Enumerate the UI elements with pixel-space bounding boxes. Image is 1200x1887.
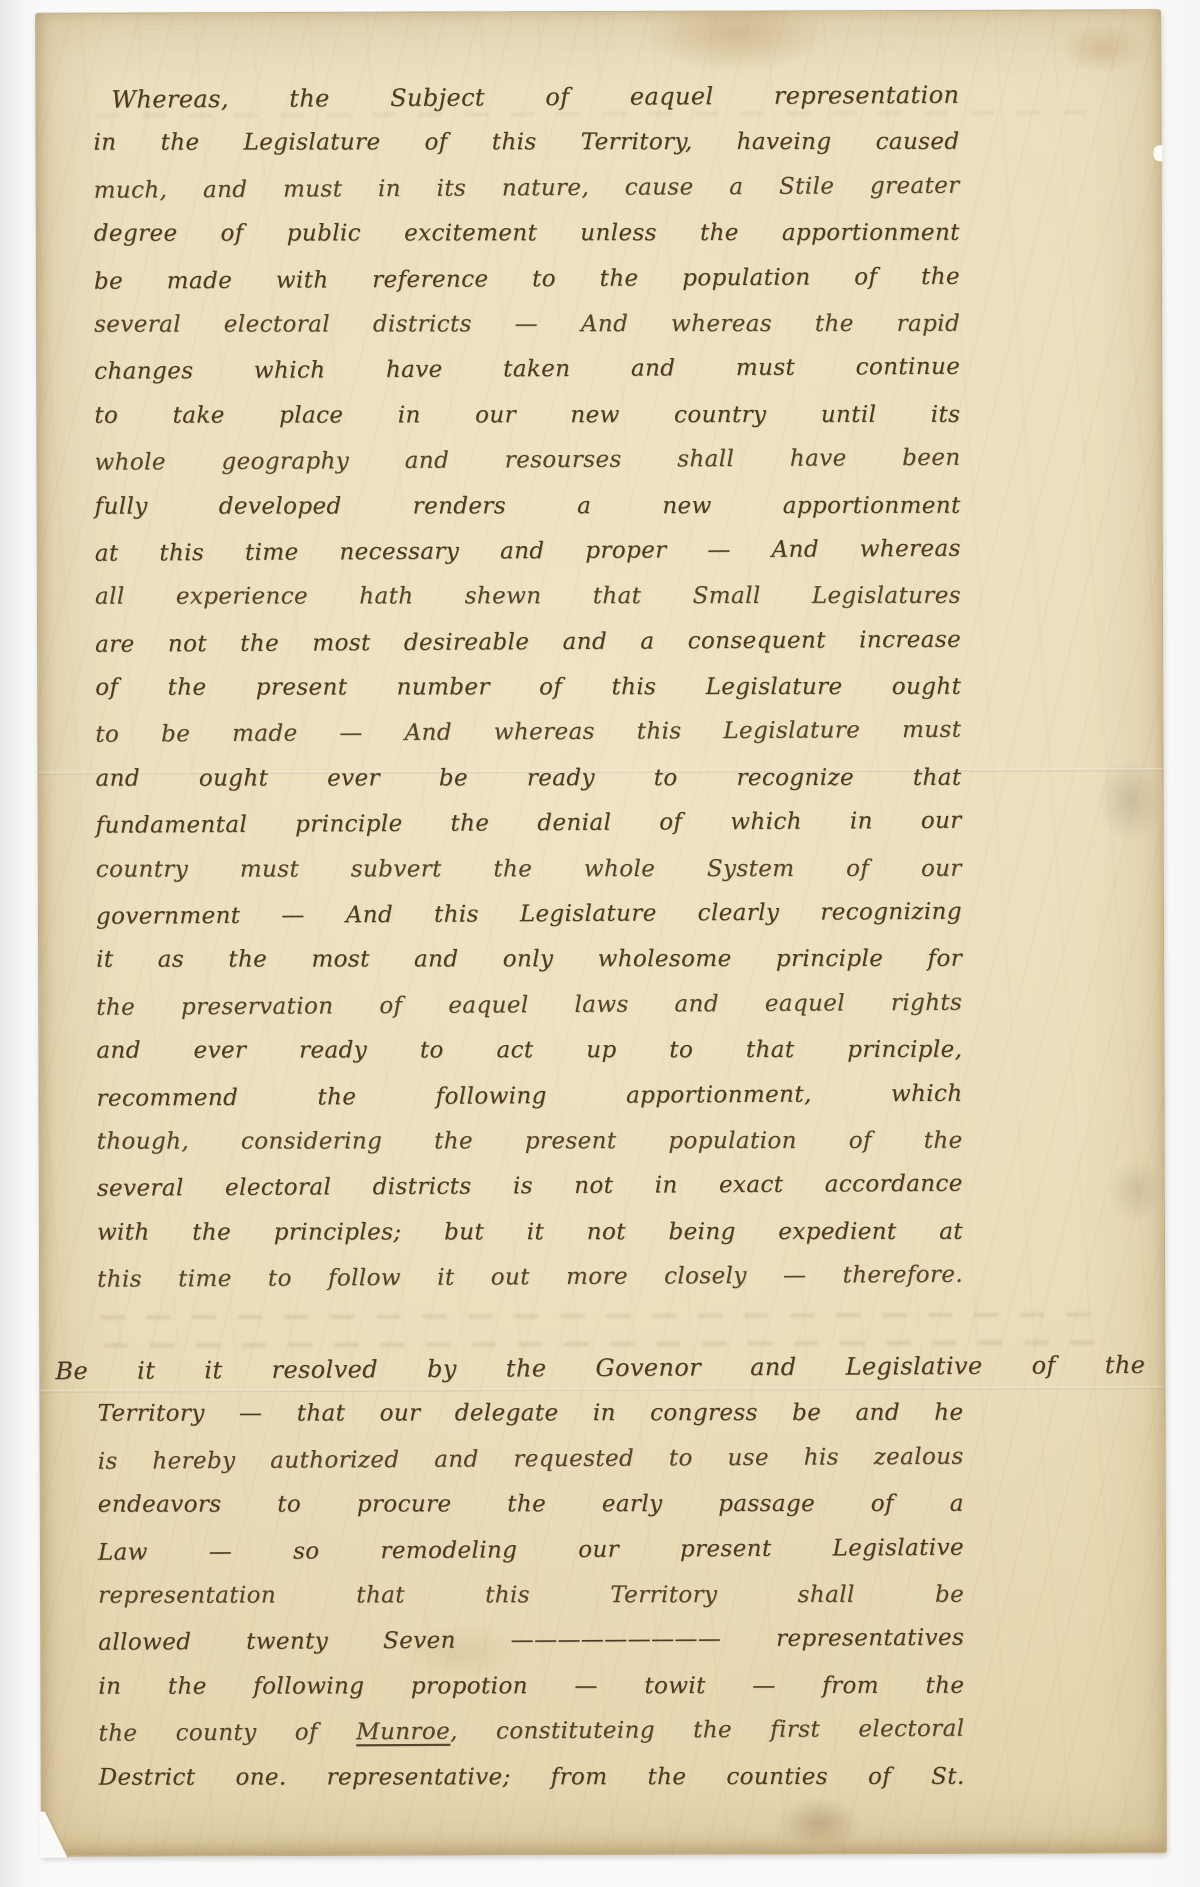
- manuscript-line: fundamental principle the denial of whic…: [96, 799, 962, 849]
- manuscript-line: whole geography and resourses shall have…: [94, 436, 960, 486]
- manuscript-line: to take place in our new country until i…: [94, 393, 960, 439]
- manuscript-line: much, and must in its nature, cause a St…: [94, 164, 960, 214]
- manuscript-line: it as the most and only wholesome princi…: [96, 937, 962, 983]
- manuscript-line: Law — so remodeling our present Legislat…: [98, 1525, 964, 1575]
- ink-bleedthrough: [100, 1312, 1094, 1319]
- manuscript-line: Territory — that our delegate in congres…: [97, 1391, 963, 1437]
- manuscript-line: fully developed renders a new apportionm…: [95, 483, 961, 529]
- paragraph-resolution: Be it it resolved by the Govenor and Leg…: [97, 1345, 964, 1802]
- worn-corner: [40, 1812, 74, 1858]
- manuscript-line: are not the most desireable and a conseq…: [95, 617, 961, 667]
- manuscript-line: Whereas, the Subject of eaquel represent…: [93, 73, 959, 123]
- manuscript-line: government — And this Legislature clearl…: [96, 890, 962, 940]
- manuscript-line: of the present number of this Legislatur…: [95, 665, 961, 711]
- manuscript-line: and ever ready to act up to that princip…: [96, 1028, 962, 1074]
- manuscript-line: in the Legislature of this Territory, ha…: [93, 120, 959, 166]
- manuscript-line: changes which have taken and must contin…: [94, 345, 960, 395]
- manuscript-line: in the following propotion — towit — fro…: [98, 1664, 964, 1710]
- manuscript-line: country must subvert the whole System of…: [96, 846, 962, 892]
- manuscript-line: is hereby authorized and requested to us…: [98, 1435, 964, 1485]
- manuscript-line: to be made — And whereas this Legislatur…: [95, 708, 961, 758]
- manuscript-line: the preservation of eaquel laws and eaqu…: [96, 981, 962, 1031]
- manuscript-line: Be it it resolved by the Govenor and Leg…: [55, 1343, 1145, 1395]
- manuscript-line: all experience hath shewn that Small Leg…: [95, 574, 961, 620]
- manuscript-line: several electoral districts is not in ex…: [97, 1162, 963, 1212]
- manuscript-line-munroe: the county of Munroe, constituteing the …: [98, 1707, 964, 1757]
- manuscript-line: and ought ever be ready to recognize tha…: [95, 756, 961, 802]
- scanned-manuscript-page: { "colors": { "paper": "#e8dbb8", "paper…: [0, 0, 1200, 1887]
- paper-edge-notch: [1154, 145, 1163, 161]
- underlined-word-munroe: Munroe: [356, 1719, 450, 1746]
- manuscript-line: endeavors to procure the early passage o…: [98, 1482, 964, 1528]
- manuscript-line: representation that this Territory shall…: [98, 1573, 964, 1619]
- manuscript-line: be made with reference to the population…: [94, 254, 960, 304]
- manuscript-line: allowed twenty Seven ————————— represent…: [98, 1616, 964, 1666]
- manuscript-line: Destrict one. representative; from the c…: [99, 1754, 965, 1800]
- manuscript-page: Whereas, the Subject of eaquel represent…: [35, 9, 1167, 1857]
- line-text: , constituteing the first electoral: [450, 1716, 965, 1745]
- manuscript-line: degree of public excitement unless the a…: [94, 211, 960, 257]
- manuscript-line: with the principles; but it not being ex…: [97, 1210, 963, 1256]
- manuscript-line: this time to follow it out more closely …: [97, 1253, 963, 1303]
- line-text: the county of: [98, 1719, 356, 1746]
- paragraph-whereas: Whereas, the Subject of eaquel represent…: [93, 74, 963, 1302]
- manuscript-line: recommend the following apportionment, w…: [96, 1071, 962, 1121]
- manuscript-line: at this time necessary and proper — And …: [95, 527, 961, 577]
- manuscript-line: several electoral districts — And wherea…: [94, 302, 960, 348]
- manuscript-line: though, considering the present populati…: [97, 1119, 963, 1165]
